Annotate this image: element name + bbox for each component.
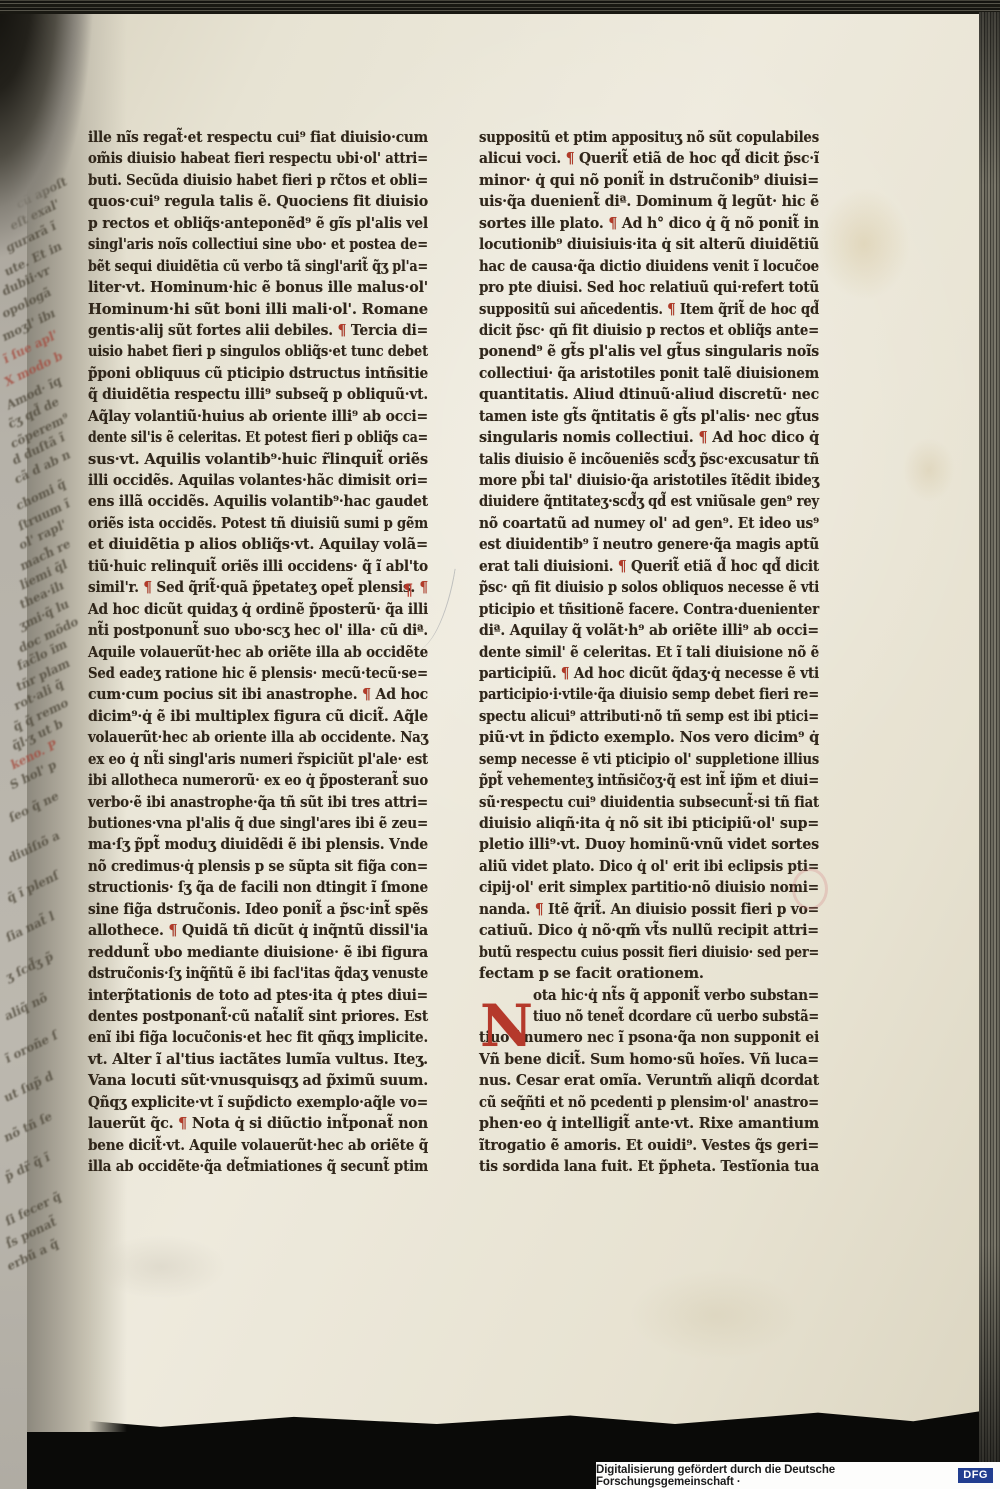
- text-line: quantitatis. Aliud dtinuũ·aliud discretũ…: [479, 384, 821, 405]
- text-line: nõ credimus·q̇ plensis p se sũpta sit fi…: [88, 856, 430, 877]
- rubric-paraph: ¶: [338, 322, 347, 339]
- text-line: butũ respectu cuius possit fieri diuisio…: [479, 942, 821, 963]
- text-line: nt̃i postponunt̃ suo ʋbo·scʒ hec ol' ill…: [88, 620, 430, 641]
- text-line: tamen iste gt̃s q̃ntitatis ẽ gt̃s pl'ali…: [479, 406, 821, 427]
- text-line: volauerũt·hec ab oriente illa ab occiden…: [88, 727, 430, 748]
- text-line: aliũ videt plato. Dico q̇ ol' erit ibi e…: [479, 856, 821, 877]
- text-line: pticipio et tñsitionẽ facere. Contra·due…: [479, 599, 821, 620]
- text-line: dente simil' ẽ celeritas. Et ĩ tali diui…: [479, 642, 821, 663]
- text-line: q̃ diuidẽtia respectu illi⁹ subseq̃ p ob…: [88, 384, 430, 405]
- text-line: dicit p̃sc· qñ fit diuisio p rectos et o…: [479, 320, 821, 341]
- text-line: suppositũ sui añcedentis. ¶ Item q̃rit̃ …: [479, 299, 821, 320]
- text-line: fectam p se facit orationem.: [479, 963, 821, 984]
- text-line: cipij·ol' erit simplex partitio·nõ diuis…: [479, 877, 821, 898]
- text-line: participiũ. ¶ Ad hoc dicũt q̃daʒ·q̇ nece…: [479, 663, 821, 684]
- text-line: ibi allotheca numerorũ· ex eo q̇ p̃poste…: [88, 770, 430, 791]
- text-line: erat tali diuisioni. ¶ Querit̃ etiã d̃ h…: [479, 556, 821, 577]
- text-line: Aquile volauerũt·hec ab oriẽte illa ab o…: [88, 642, 430, 663]
- text-line: vt. Alter ĩ al'tius iactãtes lumĩa vultu…: [88, 1049, 430, 1070]
- rubric-paraph: ¶: [535, 901, 544, 918]
- text-line: est diuidentib⁹ ĩ neutro genere·q̃a magi…: [479, 534, 821, 555]
- text-line: tis sordida lana fuit. Et p̃pheta. Testĩ…: [479, 1156, 821, 1177]
- text-line: reddunt̃ ʋbo mediante diuisione· ẽ ibi f…: [88, 942, 430, 963]
- text-line: participio·i·vtile·q̃a diuisio semp debe…: [479, 684, 821, 705]
- text-line: spectu alicui⁹ attributi·nõ tñ semp est …: [479, 706, 821, 727]
- gutter-curl-shadow: [0, 0, 95, 320]
- rubric-paraph: ¶: [178, 1115, 187, 1132]
- text-line: ponend⁹ ẽ gt̃s pl'alis vel gt̃us singula…: [479, 341, 821, 362]
- text-line: uis·q̃a duenient̃ diª. Dominum q̃ legũt·…: [479, 191, 821, 212]
- rubric-paraph: ¶: [561, 665, 569, 682]
- text-line: singularis nomis collectiui. ¶ Ad hoc di…: [479, 427, 821, 448]
- right-page-edges: [979, 12, 1000, 1462]
- text-line: nanda. ¶ Itẽ q̃rit̃. An diuisio possit f…: [479, 899, 821, 920]
- text-line: more pb̃i tal' diuisio·q̃a aristotiles ĩ…: [479, 470, 821, 491]
- text-line: piũ·vt in p̃dicto exemplo. Nos vero dici…: [479, 727, 821, 748]
- text-line: p rectos et obliq̃s·anteponẽd⁹ ẽ gĩs pl'…: [88, 213, 430, 234]
- text-line: Sed eadeʒ ratione hic ẽ plensis· mecũ·te…: [88, 663, 430, 684]
- text-line: quos·cui⁹ regula talis ẽ. Quociens fit d…: [88, 191, 430, 212]
- text-line: et diuidẽtia p alios obliq̃s·vt. Aquilay…: [88, 534, 430, 555]
- text-line: enĩ ibi fig̃a locuc̃onis·et hec fit qñqʒ…: [88, 1027, 430, 1048]
- text-line: illa ab occidẽte·q̃a det̃miationes q̃ se…: [88, 1156, 430, 1177]
- text-line: alicui voci. ¶ Querit̃ etiã de hoc qd̃ d…: [479, 148, 821, 169]
- text-line: p̃sc· qñ fit diuisio p solos obliquos ne…: [479, 577, 821, 598]
- text-line: ens illã occidẽs. Aquilis volantib⁹·hac …: [88, 491, 430, 512]
- text-line: talis diuisio ẽ incõueniẽs scd̃ʒ p̃sc·ex…: [479, 449, 821, 470]
- text-line: tiũ·huic relinquit̃ oriẽs illi occidens·…: [88, 556, 430, 577]
- text-line: p̃pt̃ vehementeʒ intñsic̃oʒ·q̃ est int̃ …: [479, 770, 821, 791]
- text-line: phen·eo q̇ intelligit̃ ante·vt. Rixe ama…: [479, 1113, 821, 1134]
- text-line: singl'aris noĩs collectiui sine ʋbo· et …: [88, 234, 430, 255]
- text-line: illi occidẽs. Aquilas volantes·hãc dimis…: [88, 470, 430, 491]
- text-line: verbo·ẽ ibi anastrophe·q̃a tñ sũt ibi tr…: [88, 792, 430, 813]
- text-line: dentes postponant̃·cũ nat̃alit̃ sint pri…: [88, 1006, 430, 1027]
- footer-credit-text: Digitalisierung gefördert durch die Deut…: [596, 1464, 952, 1488]
- rubric-paraph: ¶: [618, 558, 627, 575]
- text-line: diuisio aliqñ·ita q̇ nõ sit ibi pticipiũ…: [479, 813, 821, 834]
- margin-paraph-mark: ¶: [403, 580, 413, 599]
- text-line: semp necesse ẽ vti pticipio ol' suppleti…: [479, 749, 821, 770]
- rubric-paraph: ¶: [143, 579, 151, 596]
- text-line: ĩtrogatio ẽ amoris. Et ouidi⁹. Vestes q̃…: [479, 1135, 821, 1156]
- text-line: dicim⁹·q̇ ẽ ibi multiplex figura cũ dici…: [88, 706, 430, 727]
- text-line: bẽt sequi diuidẽtia cũ verbo tã singl'ar…: [88, 256, 430, 277]
- text-line: sortes ille plato. ¶ Ad h° dico q̇ q̃ nõ…: [479, 213, 821, 234]
- text-line: Hominum·hi sũt boni illi mali·ol'. Roman…: [88, 299, 430, 320]
- stain: [818, 188, 910, 300]
- rubric-paraph: ¶: [698, 429, 707, 446]
- text-line: sus·vt. Aquilis volantib⁹·huic r̃linquit…: [88, 449, 430, 470]
- text-line: ma·ſʒ p̃pt̃ moduʒ diuidẽdi ẽ ibi plensis…: [88, 834, 430, 855]
- rubric-paraph: ¶: [168, 922, 177, 939]
- text-line: om̃is diuisio habeat fieri respectu ʋbi·…: [88, 148, 430, 169]
- rubric-paraph: ¶: [608, 215, 617, 232]
- text-line: sũ·respectu cui⁹ diuidentia subsecunt̃·s…: [479, 792, 821, 813]
- text-line: pro pte diuisi. Sed hoc relatiuũ qui·ref…: [479, 277, 821, 298]
- text-line: simil'r. ¶ Sed q̃rit̃·quã p̃petateʒ opet…: [88, 577, 430, 598]
- text-line: cũ seq̃ñti et nõ pcedenti p plensim·ol' …: [479, 1092, 821, 1113]
- dfg-logo: DFG: [958, 1468, 993, 1483]
- text-line: diuidere q̃ntitateʒ·scd̃ʒ qd̃ est vniũsa…: [479, 491, 821, 512]
- text-line: collectiui· q̃a aristotiles ponit talẽ d…: [479, 363, 821, 384]
- text-line: butiones·vna pl'alis q̃ due singl'ares i…: [88, 813, 430, 834]
- text-line: ex eo q̇ nt̃i singl'aris numeri r̃spiciũ…: [88, 749, 430, 770]
- text-line: ille nĩs regat̃·et respectu cui⁹ fiat di…: [88, 127, 430, 148]
- text-line: structionis· ſʒ q̃a de facili non dtingi…: [88, 877, 430, 898]
- text-line: locutionib⁹ diuisiuis·ita q̇ sit alterũ …: [479, 234, 821, 255]
- text-line: dstruc̃onis·ſʒ inq̃ñtũ ẽ ibi facl'itas q…: [88, 963, 430, 984]
- text-line: Ad hoc dicũt quidaʒ q̇ ordinẽ p̃posterũ·…: [88, 599, 430, 620]
- text-line: allothece. ¶ Quidã tñ dicũt q̇ inq̃ntũ d…: [88, 920, 430, 941]
- text-line: catiuũ. Dico q̇ nõ·qm̃ vt̃s nullũ recipi…: [479, 920, 821, 941]
- text-line: Vana locuti sũt·vnusquisqʒ ad p̃ximũ suu…: [88, 1070, 430, 1091]
- rubric-paraph: ¶: [362, 686, 371, 703]
- stain: [630, 1270, 800, 1360]
- rubric-paraph: ¶: [667, 301, 675, 318]
- text-line: cum·cum pocius sit ibi anastrophe. ¶ Ad …: [88, 684, 430, 705]
- text-line: suppositũ et ptim apposituʒ nõ sũt copul…: [479, 127, 821, 148]
- text-line: Qñqʒ explicite·vt ĩ sup̃dicto exemplo·aq…: [88, 1092, 430, 1113]
- text-line: p̃poni obliquus cũ pticipio dstructus in…: [88, 363, 430, 384]
- text-line: nus. Cesar erat omĩa. Veruntm̃ aliqñ dco…: [479, 1070, 821, 1091]
- text-line: sine fig̃a dstruc̃onis. Ideo ponit̃ a p̃…: [88, 899, 430, 920]
- text-column-left: ille nĩs regat̃·et respectu cui⁹ fiat di…: [88, 127, 430, 1177]
- text-line: hac de causa·q̃a dictio diuidens venit ĩ…: [479, 256, 821, 277]
- footer-credit-bar: Digitalisierung gefördert durch die Deut…: [596, 1462, 1000, 1489]
- top-page-edges: [0, 0, 1000, 14]
- text-line: Aq̃lay volantiũ·huius ab oriente illi⁹ a…: [88, 406, 430, 427]
- text-line: diª. Aquilay q̃ volãt·h⁹ ab oriẽte illi⁹…: [479, 620, 821, 641]
- text-line: gentis·alij sũt fortes alii debiles. ¶ T…: [88, 320, 430, 341]
- drop-cap-initial: N: [480, 998, 533, 1054]
- stain: [903, 438, 955, 502]
- pink-ring-mark: [792, 868, 828, 910]
- text-line: bene dicit̃·vt. Aquile volauerũt·hec ab …: [88, 1135, 430, 1156]
- text-line: liter·vt. Hominum·hic ẽ bonus ille malus…: [88, 277, 430, 298]
- text-line: minor· q̇ qui nõ ponit̃ in dstruc̃onib⁹ …: [479, 170, 821, 191]
- text-line: lauerũt q̃c. ¶ Nota q̇ si diũctio int̃po…: [88, 1113, 430, 1134]
- text-line: nõ coartatũ ad numey ol' ad gen⁹. Et ide…: [479, 513, 821, 534]
- text-line: uisio habet fieri p singulos obliq̃s·et …: [88, 341, 430, 362]
- text-line: dente sil'is ẽ celeritas. Et potest fier…: [88, 427, 430, 448]
- text-line: interp̃tationis de toto ad ptes·ita q̇ p…: [88, 985, 430, 1006]
- text-line: buti. Secũda diuisio habet fieri p rc̃to…: [88, 170, 430, 191]
- rubric-paraph: ¶: [566, 150, 575, 167]
- manuscript-scan: cũ apoſteſt exal'gurarã ĩute. Et indubii…: [0, 0, 1000, 1489]
- text-line: oriẽs ista occidẽs. Potest tñ diuisiũ su…: [88, 513, 430, 534]
- text-line: pletio illi⁹·vt. Duoy hominũ·vnũ videt s…: [479, 834, 821, 855]
